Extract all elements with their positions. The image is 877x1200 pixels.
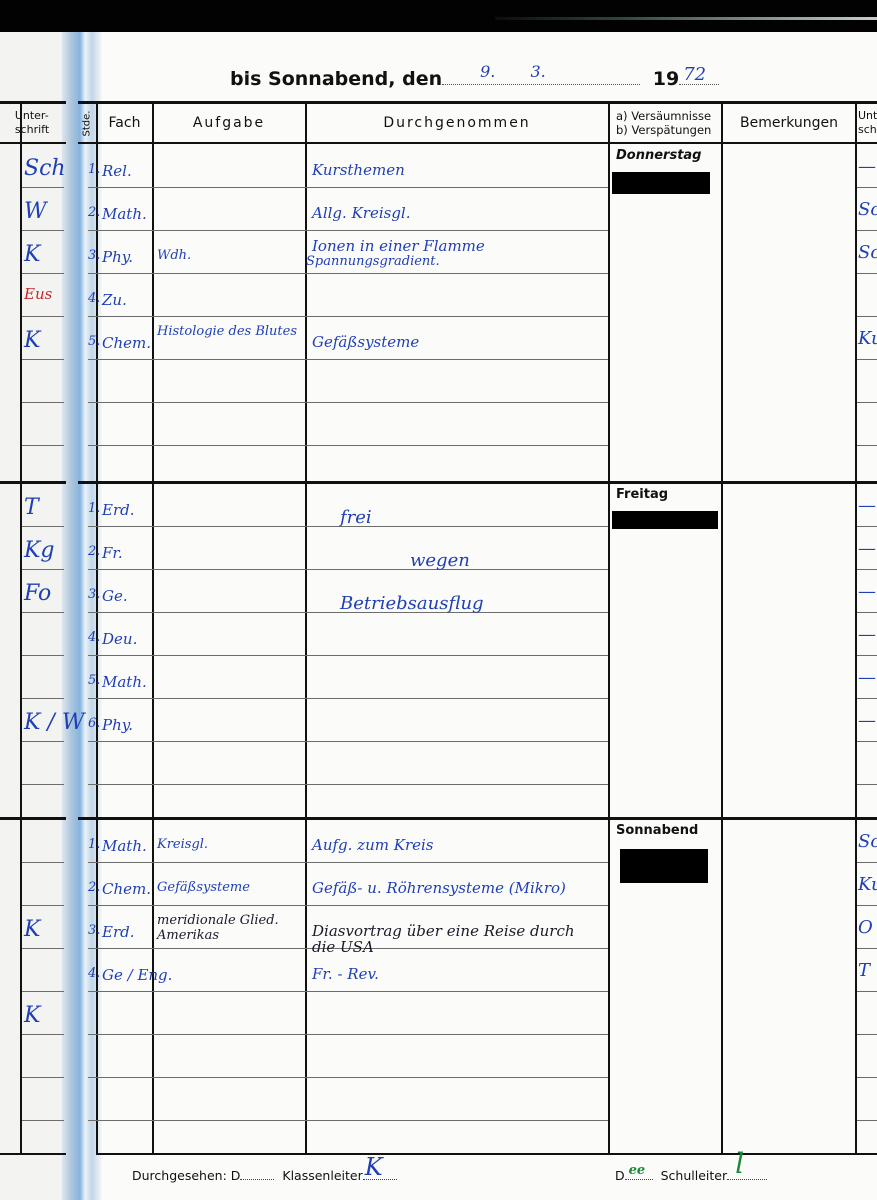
covered-topic: wegen [410,550,470,571]
principal-date-value: ee [629,1163,646,1178]
subject: Chem. [102,334,151,352]
subject: Math. [102,837,147,855]
lesson-number: 1. [88,837,100,852]
scan-border-top [0,0,877,32]
teacher-signature: Sch [24,156,66,181]
covered-topic: Allg. Kreisgl. [312,205,602,221]
vline-remarks [855,104,857,1154]
subject: Fr. [102,544,123,562]
teacher-signature: Kg [24,538,55,563]
covered-topic: Diasvortrag über eine Reise durch die US… [312,923,602,955]
page-title: bis Sonnabend, den9. 3. 1972 [230,68,719,90]
title-prefix: bis Sonnabend, den [230,68,442,90]
principal-d-label: D [615,1168,625,1183]
right-signature: — [858,710,876,731]
teacher-signature: K / W [24,710,84,735]
row-line-sig [22,359,64,360]
row-line [88,273,608,274]
covered-topic: frei [340,507,372,528]
row-line-sig [22,230,64,231]
col-absences-a: a) Versäumnisse [616,109,711,123]
footer-reviewed: Durchgesehen: D KlassenleiterK [132,1168,397,1183]
row-line-sig [22,905,64,906]
right-signature: — [858,624,876,645]
row-line-right [857,273,877,274]
row-line [88,1034,608,1035]
lesson-number: 4. [88,291,100,306]
row-line [88,316,608,317]
task: meridionale Glied. Amerikas [157,913,302,943]
task: Kreisgl. [157,837,302,852]
teacher-signature: K [24,242,40,267]
row-line [88,698,608,699]
right-signature: — [858,667,876,688]
row-line-sig [22,655,64,656]
row-line [88,187,608,188]
lesson-number: 4. [88,630,100,645]
row-line [88,230,608,231]
subject: Erd. [102,501,135,519]
lesson-number: 3. [88,248,100,263]
row-line-right [857,655,877,656]
right-signature: — [858,538,876,559]
teacher-signature: K [24,1003,40,1028]
row-line-right [857,230,877,231]
row-line [88,1120,608,1121]
subject: Zu. [102,291,127,309]
covered-topic: Gefäß- u. Röhrensysteme (Mikro) [312,880,602,896]
task: Histologie des Blutes [157,324,302,339]
right-signature: Sch [858,242,877,263]
row-line-sig [22,612,64,613]
row-line-right [857,991,877,992]
vline-subject [152,104,154,1154]
bottom-rule [96,1153,877,1155]
section-rule [78,481,877,484]
col-right-signature: Unt sch [858,104,877,142]
lesson-number: 3. [88,587,100,602]
day-name: Freitag [616,487,668,502]
row-line [88,569,608,570]
row-line-right [857,1034,877,1035]
row-line-sig [22,402,64,403]
year-value: 72 [683,64,706,85]
row-line [88,445,608,446]
teacher-signature: Fo [24,581,51,606]
col-lesson-label: Stde. [80,110,95,136]
vline-covered [608,104,610,1154]
col-covered: Durchgenommen [306,104,608,142]
covered-topic: Aufg. zum Kreis [312,837,602,853]
section-rule-left [0,817,66,820]
covered-topic: Betriebsausflug [340,593,484,614]
subject: Rel. [102,162,132,180]
row-line-sig [22,948,64,949]
right-signature: O [858,917,873,938]
row-line [88,402,608,403]
redacted-block [612,172,710,194]
header-bottom-rule [78,142,877,144]
row-line-sig [22,1077,64,1078]
row-line-right [857,741,877,742]
subject: Deu. [102,630,137,648]
teacher-signature: K [24,328,40,353]
right-signature: — [858,581,876,602]
principal-date-field: ee [625,1169,653,1180]
col-lesson: Stde. [78,104,96,142]
row-line-right [857,905,877,906]
section-rule-left [0,481,66,484]
col-task: Aufgabe [153,104,305,142]
row-line-sig [22,1034,64,1035]
subject: Erd. [102,923,135,941]
right-signature: — [858,156,876,177]
row-line-sig [22,569,64,570]
year-prefix: 19 [653,68,679,90]
class-teacher-label: Klassenleiter [282,1168,362,1183]
vline-sig-left [20,104,22,1154]
col-absences-b: b) Verspätungen [616,123,711,137]
principal-signature: l [735,1147,744,1180]
vline-absences [721,104,723,1154]
header-bottom-left [0,142,66,144]
subject: Phy. [102,248,133,266]
subject: Ge. [102,587,128,605]
row-line-sig [22,991,64,992]
row-line-sig [22,862,64,863]
teacher-signature: Eus [24,285,52,303]
lesson-number: 5. [88,673,100,688]
footer-principal: Dee Schulleiterl [615,1168,767,1183]
row-line-right [857,698,877,699]
row-line-sig [22,698,64,699]
principal-field: l [727,1169,767,1180]
subject: Phy. [102,716,133,734]
date-field: 9. 3. [442,68,640,85]
teacher-signature: W [24,199,47,224]
row-line-sig [22,741,64,742]
col-absences: a) Versäumnisse b) Verspätungen [610,104,722,142]
lesson-number: 5. [88,334,100,349]
subject: Chem. [102,880,151,898]
redacted-block [612,511,718,529]
redacted-block [620,849,708,883]
covered-topic: Gefäßsysteme [312,334,602,350]
subject: Math. [102,673,147,691]
date-value: 9. 3. [480,62,546,81]
scan-streak [495,17,877,20]
right-signature: — [858,495,876,516]
row-line-right [857,569,877,570]
row-line-right [857,784,877,785]
task: Wdh. [157,248,302,263]
row-line-right [857,1120,877,1121]
day-name: Sonnabend [616,823,698,838]
row-line-sig [22,445,64,446]
principal-label: Schulleiter [661,1168,728,1183]
row-line [88,741,608,742]
row-line-sig [22,316,64,317]
year-field: 72 [679,68,719,85]
covered-topic: Ionen in einer Flamme [312,238,602,254]
col-remarks: Bemerkungen [723,104,855,142]
right-signature: T [858,960,870,981]
reviewed-date-field [240,1169,274,1180]
row-line-sig [22,187,64,188]
row-line [88,862,608,863]
covered-topic: Kursthemen [312,162,602,178]
lesson-number: 1. [88,162,100,177]
row-line [88,991,608,992]
col-subject: Fach [97,104,152,142]
teacher-signature: K [24,917,40,942]
row-line-right [857,316,877,317]
class-teacher-field: K [363,1169,397,1180]
row-line-right [857,187,877,188]
row-line [88,655,608,656]
row-line [88,784,608,785]
row-line-sig [22,784,64,785]
row-line-right [857,402,877,403]
covered-topic-2: Spannungsgradient. [306,254,440,269]
lesson-number: 2. [88,205,100,220]
row-line-right [857,1077,877,1078]
subject: Ge / Eng. [102,966,172,984]
section-rule [78,817,877,820]
class-teacher-signature: K [365,1153,383,1181]
row-line-sig [22,273,64,274]
lesson-number: 6. [88,716,100,731]
row-line-right [857,948,877,949]
row-line [88,359,608,360]
row-line-right [857,359,877,360]
covered-topic: Fr. - Rev. [312,966,602,982]
row-line-right [857,526,877,527]
right-signature: Ku [858,328,877,349]
row-line-sig [22,1120,64,1121]
right-signature: Ku [858,874,877,895]
lesson-number: 2. [88,880,100,895]
lesson-number: 4. [88,966,100,981]
row-line-right [857,612,877,613]
col-left-signature: Unter- schrift [10,104,54,142]
row-line-right [857,445,877,446]
lesson-number: 3. [88,923,100,938]
row-line-sig [22,526,64,527]
day-name: Donnerstag [616,148,702,163]
right-signature: Sch [858,831,877,852]
row-line [88,905,608,906]
row-line [88,1077,608,1078]
right-signature: Sch [858,199,877,220]
teacher-signature: T [24,495,39,520]
subject: Math. [102,205,147,223]
lesson-number: 2. [88,544,100,559]
lesson-number: 1. [88,501,100,516]
bottom-rule-left [0,1153,66,1155]
reviewed-label: Durchgesehen: D [132,1168,240,1183]
row-line-right [857,862,877,863]
task: Gefäßsysteme [157,880,302,895]
